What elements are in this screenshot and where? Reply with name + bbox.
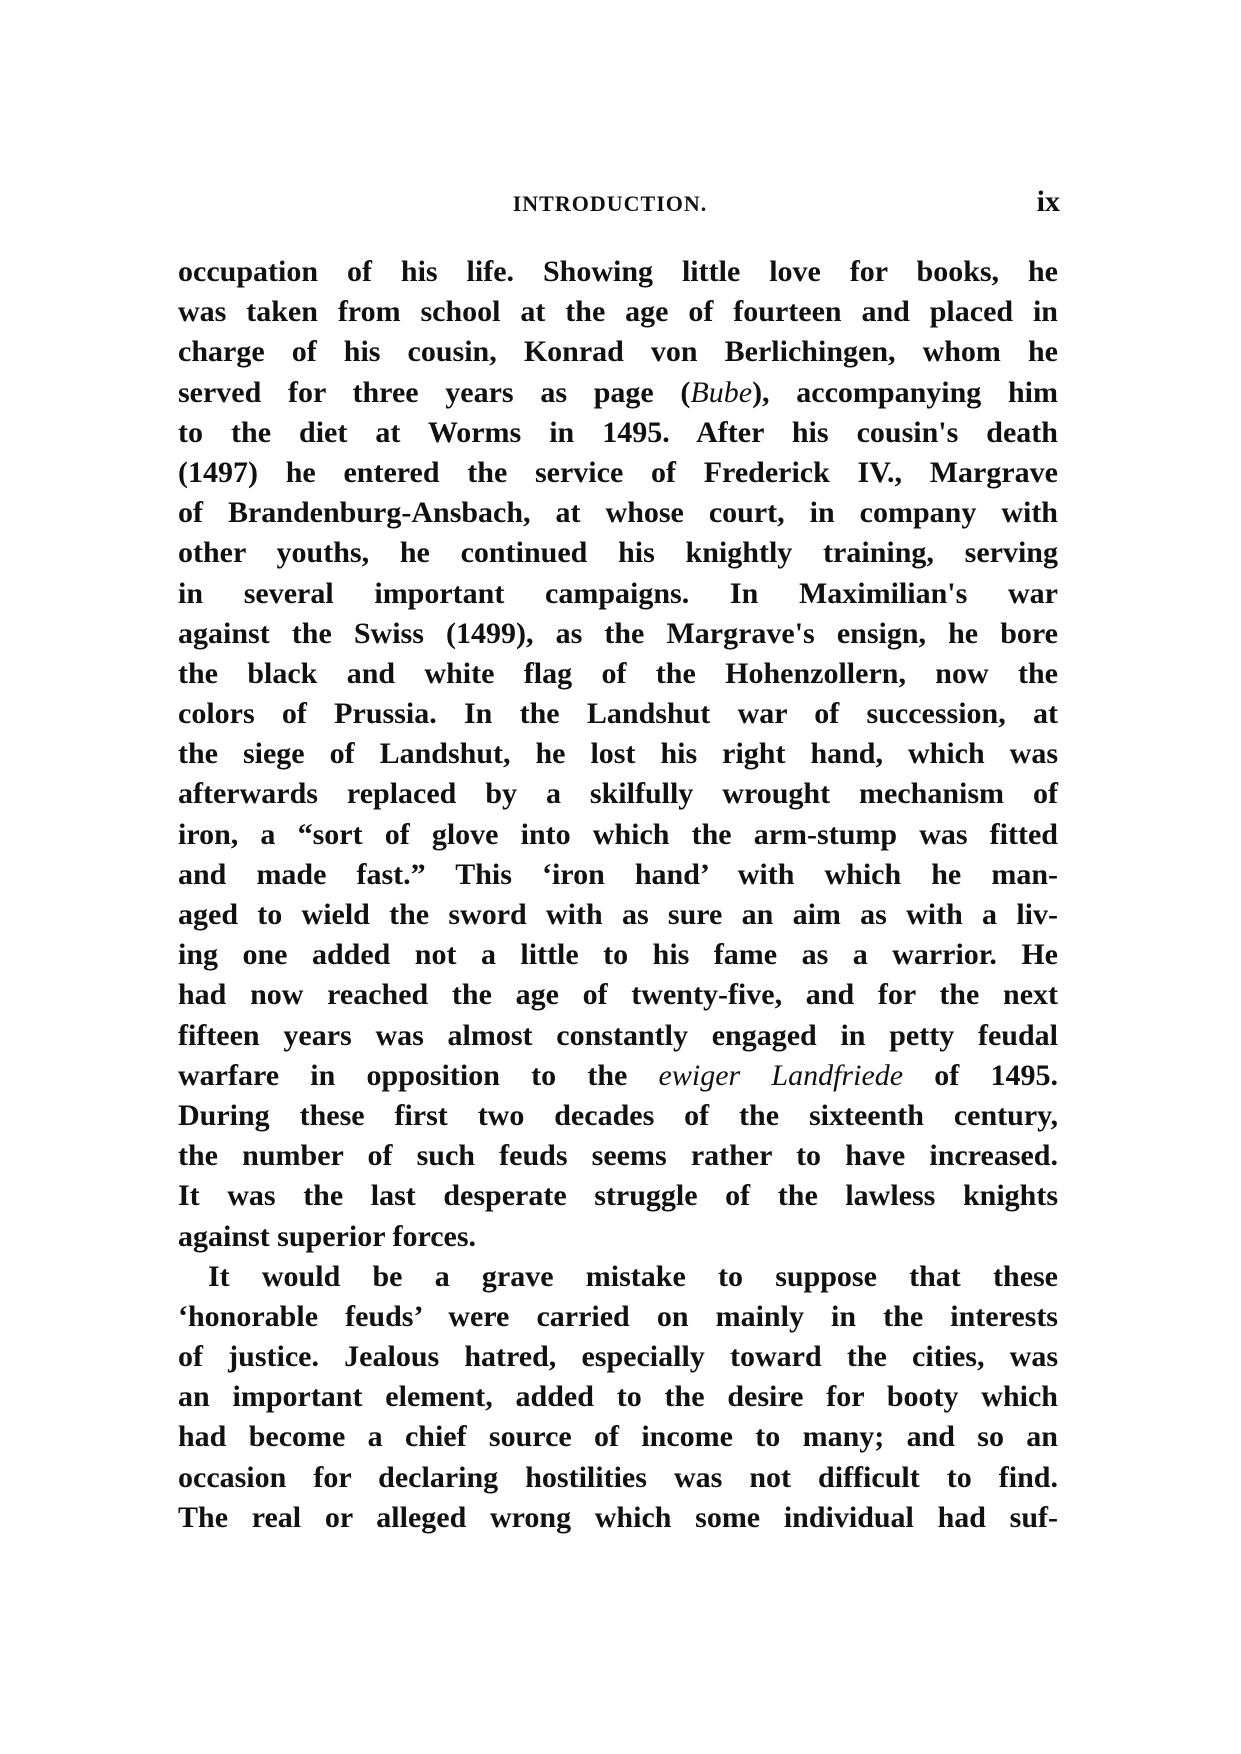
text-line: iron, a “sort of glove into which the ar… — [178, 815, 1058, 855]
text-line: served for three years as page (Bube), a… — [178, 373, 1058, 413]
text-segment: served for three years as page ( — [178, 376, 690, 409]
text-line: occupation of his life. Showing little l… — [178, 252, 1058, 292]
running-head: INTRODUCTION. ix — [160, 186, 1060, 222]
text-line: fifteen years was almost constantly enga… — [178, 1016, 1058, 1056]
text-line: ‘honorable feuds’ were carried on mainly… — [178, 1297, 1058, 1337]
text-segment: of 1495. — [903, 1059, 1058, 1092]
text-line: It would be a grave mistake to suppose t… — [178, 1257, 1058, 1297]
text-line: colors of Prussia. In the Landshut war o… — [178, 694, 1058, 734]
text-segment: warfare in opposition to the — [178, 1059, 659, 1092]
book-page: INTRODUCTION. ix occupation of his life.… — [0, 0, 1241, 1754]
italic-term: ewiger Landfriede — [659, 1059, 904, 1092]
text-line: occasion for declaring hostilities was n… — [178, 1458, 1058, 1498]
text-line: (1497) he entered the service of Frederi… — [178, 453, 1058, 493]
text-line: of Brandenburg-Ansbach, at whose court, … — [178, 493, 1058, 533]
page-number: ix — [1037, 184, 1060, 220]
text-line: aged to wield the sword with as sure an … — [178, 895, 1058, 935]
italic-term: Bube — [690, 376, 752, 409]
text-line: the siege of Landshut, he lost his right… — [178, 734, 1058, 774]
text-line: The real or alleged wrong which some ind… — [178, 1498, 1058, 1538]
text-line: warfare in opposition to the ewiger Land… — [178, 1056, 1058, 1096]
text-line: the number of such feuds seems rather to… — [178, 1136, 1058, 1176]
text-line: of justice. Jealous hatred, especially t… — [178, 1337, 1058, 1377]
body-text: occupation of his life. Showing little l… — [178, 252, 1058, 1538]
text-line: It was the last desperate struggle of th… — [178, 1176, 1058, 1216]
text-line: had become a chief source of income to m… — [178, 1417, 1058, 1457]
text-line: in several important campaigns. In Maxim… — [178, 574, 1058, 614]
text-line: and made fast.” This ‘iron hand’ with wh… — [178, 855, 1058, 895]
running-title: INTRODUCTION. — [160, 186, 1060, 222]
text-line: ing one added not a little to his fame a… — [178, 935, 1058, 975]
text-line: During these first two decades of the si… — [178, 1096, 1058, 1136]
text-line: was taken from school at the age of four… — [178, 292, 1058, 332]
text-line: charge of his cousin, Konrad von Berlich… — [178, 332, 1058, 372]
text-line: other youths, he continued his knightly … — [178, 533, 1058, 573]
text-line: the black and white flag of the Hohenzol… — [178, 654, 1058, 694]
text-line: afterwards replaced by a skilfully wroug… — [178, 774, 1058, 814]
text-line: had now reached the age of twenty-five, … — [178, 975, 1058, 1015]
text-segment: ), accompanying him — [752, 376, 1058, 409]
text-line: against superior forces. — [178, 1217, 1058, 1257]
text-line: to the diet at Worms in 1495. After his … — [178, 413, 1058, 453]
text-line: an important element, added to the desir… — [178, 1377, 1058, 1417]
text-line: against the Swiss (1499), as the Margrav… — [178, 614, 1058, 654]
